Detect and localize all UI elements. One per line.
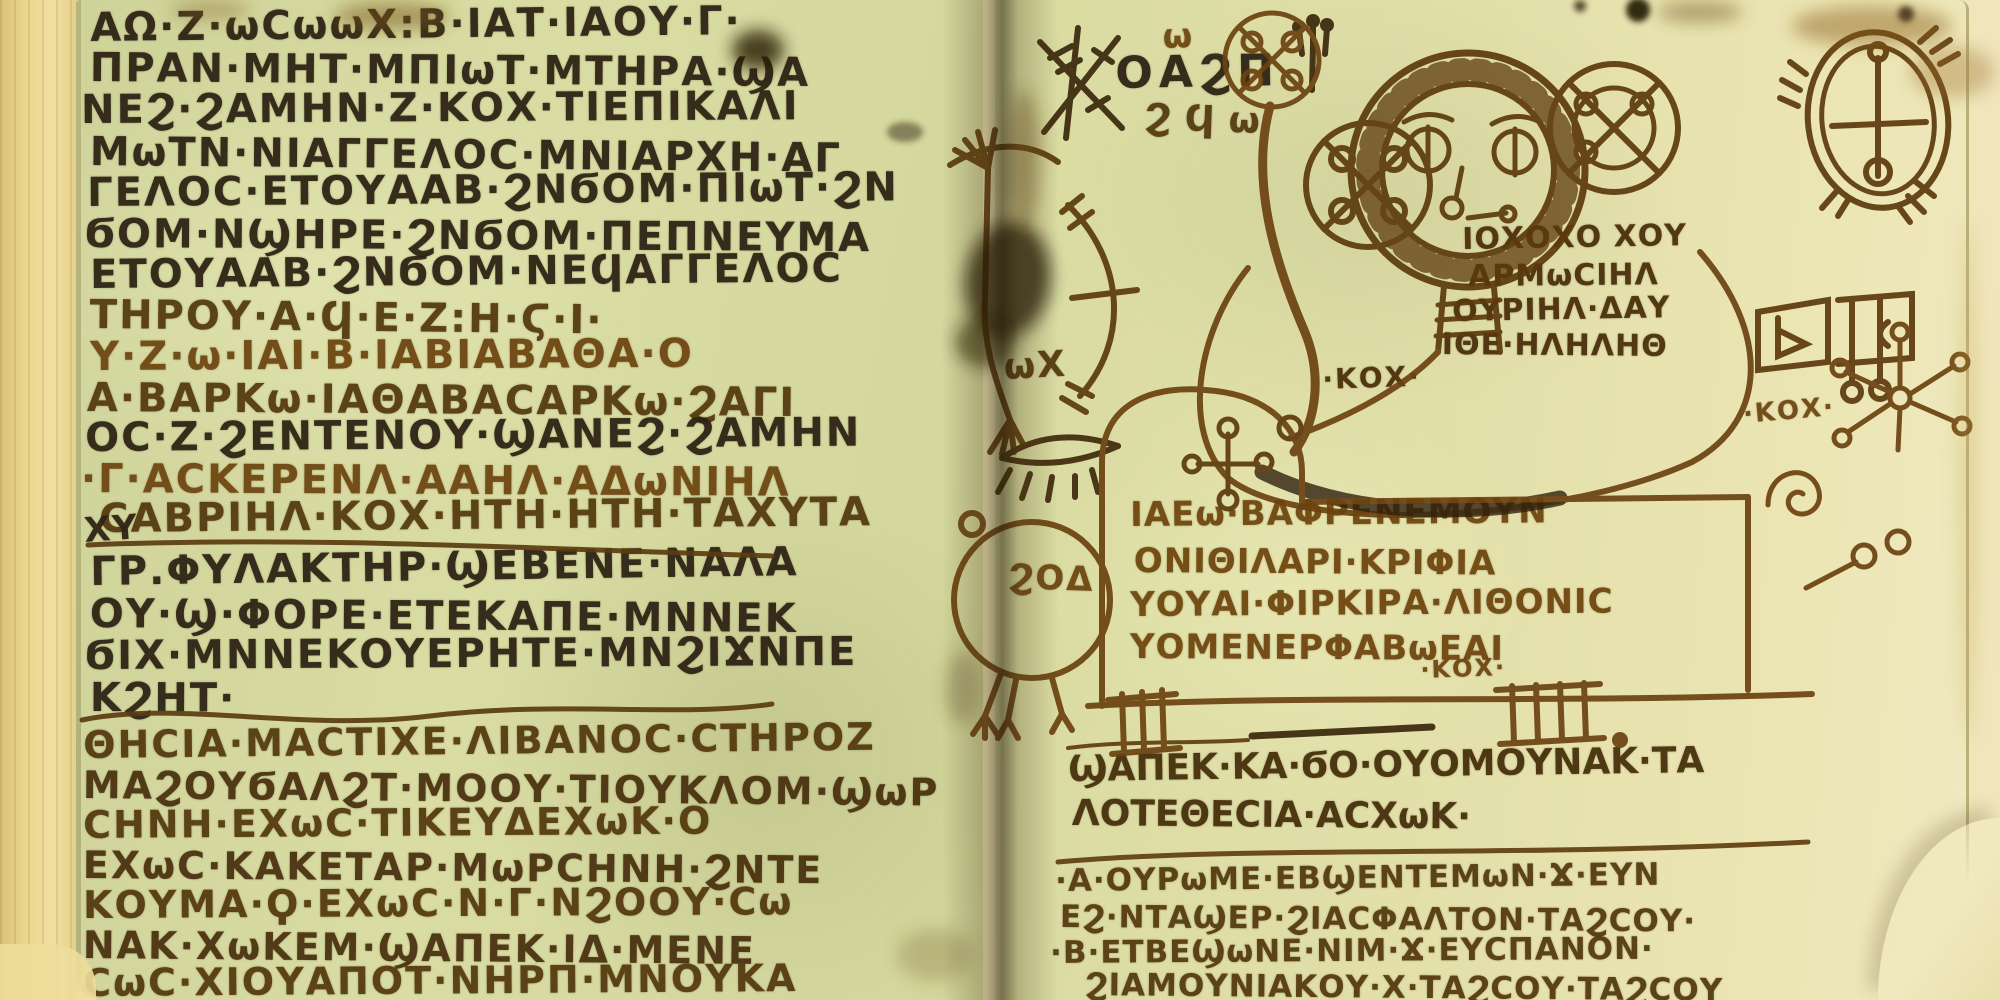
coptic-text-line: ΓΕΛΟC·ΕΤΟΥΑΑΒ·ϨΝϬΟΜ·ΠΙωΤ·ϨΝ bbox=[87, 167, 899, 213]
coptic-text-line: ΝΕϨ·ϨΑΜΗΝ·Ζ·ΚΟΧ·ΤΙΕΠΙΚΑΛΙ bbox=[81, 86, 800, 130]
coptic-text-line: ΓΡ.ΦΥΛΑΚΤΗΡ·ϢΕΒΕΝΕ·ΝΑΛΑ bbox=[90, 542, 799, 592]
box-end-mark: ·ΚΟΧ· bbox=[1420, 655, 1507, 682]
loop-text-line: ·ΚΟΧ· bbox=[1322, 363, 1421, 394]
loop-text-line: ΟΥΡΙΗΛ·ΔΑΥ bbox=[1452, 293, 1671, 327]
recipe-line: ·Α·ΟΥΡωΜΕ·ΕΒϢΕΝΤΕΜωΝ·Ϫ·ΕΥΝ bbox=[1055, 860, 1661, 897]
loop-text-line: ΑΡΜωCΙΗΛ bbox=[1468, 260, 1659, 292]
manuscript-photo: ΑΩ·Ζ·ωCωωΧ:Β·ΙΑΤ·ΙΑΟΥ·Γ· ΠΡΑΝ·ΜΗΤ·ΜΠΙωΤ·… bbox=[0, 0, 2000, 1000]
amulet-box-line: ΥΟΥΑΙ·ΦΙΡΚΙΡΑ·ΛΙΘΟΝΙC bbox=[1130, 585, 1614, 622]
loop-text-line: ΙΘΕ·ΗΛΗΛΗΘ bbox=[1442, 330, 1668, 362]
left-page: ΑΩ·Ζ·ωCωωΧ:Β·ΙΑΤ·ΙΑΟΥ·Γ· ΠΡΑΝ·ΜΗΤ·ΜΠΙωΤ·… bbox=[76, 0, 983, 1000]
coptic-text-line: ΚΟΥΜΑ·Ϙ·ΕΧωC·Ν·Γ·ΝϨΟΟΥ·Cω bbox=[83, 882, 794, 924]
caption-line: ΛΟΤΕΘΕCΙΑ·ΑCΧωΚ· bbox=[1072, 796, 1471, 835]
gutter-mark-hod: ϨΟΔ bbox=[1008, 560, 1095, 597]
loop-text-line: ΙΟΧΟΧΟ ΧΟΥ bbox=[1462, 221, 1687, 255]
coptic-text-line: ΘΗCΙΑ·ΜΑCΤΙΧΕ·ΛΙΒΑΝΟC·CΤΗΡΟΖ bbox=[83, 718, 876, 764]
coptic-text-line: CΑΒΡΙΗΛ·ΚΟΧ·ΗΤΗ·ΗΤΗ·ΤΑΧΥΤΑ bbox=[99, 492, 872, 539]
caption-line: ϢΑΠΕΚ·ΚΑ·ϬΟ·ΟΥΟΜΟΥΝΑΚ·ΤΑ bbox=[1068, 743, 1704, 788]
margin-mark: ΧΥ bbox=[83, 510, 140, 548]
book-fore-edge bbox=[0, 0, 78, 1000]
coptic-text-line: CΗΝΗ·ΕΧωC·ΤΙΚΕΥΔΕΧωΚ·Ο bbox=[83, 802, 712, 844]
coptic-text-line: ΟC·Ζ·ϨΕΝΤΕΝΟΥ·ϢΑΝΕϨ·ϨΑΜΗΝ bbox=[85, 413, 861, 458]
coptic-text-line: ΑΩ·Ζ·ωCωωΧ:Β·ΙΑΤ·ΙΑΟΥ·Γ· bbox=[90, 1, 742, 48]
gutter-mark-ox: ωΧ bbox=[1003, 347, 1068, 386]
right-page: ω ΟΑϨΠ ϨϤω ΙΟΧΟΧΟ ΧΟΥ ΑΡΜωCΙΗΛ ΟΥΡΙΗΛ·ΔΑ… bbox=[995, 0, 1969, 1000]
recipe-line: ϨΙΑΜΟΥΝΙΑΚΟΥ·Χ·ΤΑϨCΟΥ·ΤΑϨCΟΥ bbox=[1085, 970, 1724, 1000]
coptic-text-line: ϬΙΧ·ΜΝΝΕΚΟΥΕΡΗΤΕ·ΜΝϨΙϪΝΠΕ bbox=[85, 632, 857, 676]
coptic-text-line: ΚϨΗΤ· bbox=[90, 678, 236, 719]
top-mark-below: ϨϤω bbox=[1144, 100, 1275, 141]
coptic-text-line: Υ·Ζ·ω·ΙΑΙ·Β·ΙΑΒΙΑΒΑΘΑ·Ο bbox=[90, 334, 694, 377]
amulet-box-line: ΙΑΕω·ΒΑΦΡΕΝΕΜΟΥΝ bbox=[1130, 494, 1548, 532]
coptic-text-line: CωC·ΧΙΟΥΑΠΟΤ·ΝΗΡΠ·ΜΝΟΥΚΑ bbox=[83, 959, 798, 1000]
top-mark-main: ΟΑϨΠ bbox=[1115, 49, 1280, 96]
recipe-line: ·Β·ΕΤΒΕϢωΝΕ·ΝΙΜ·Ϫ·ΕΥCΠΑΝΟΝ· bbox=[1050, 934, 1654, 969]
edge-mark-kox: ·ΚΟΧ· bbox=[1742, 394, 1836, 428]
coptic-text-line: ΕΤΟΥΑΑΒ·ϨΝϬΟΜ·ΝΕϤΑΓΓΕΛΟC bbox=[90, 248, 843, 295]
amulet-box-line: ΟΝΙΘΙΛΑΡΙ·ΚΡΙΦΙΑ bbox=[1134, 544, 1497, 581]
